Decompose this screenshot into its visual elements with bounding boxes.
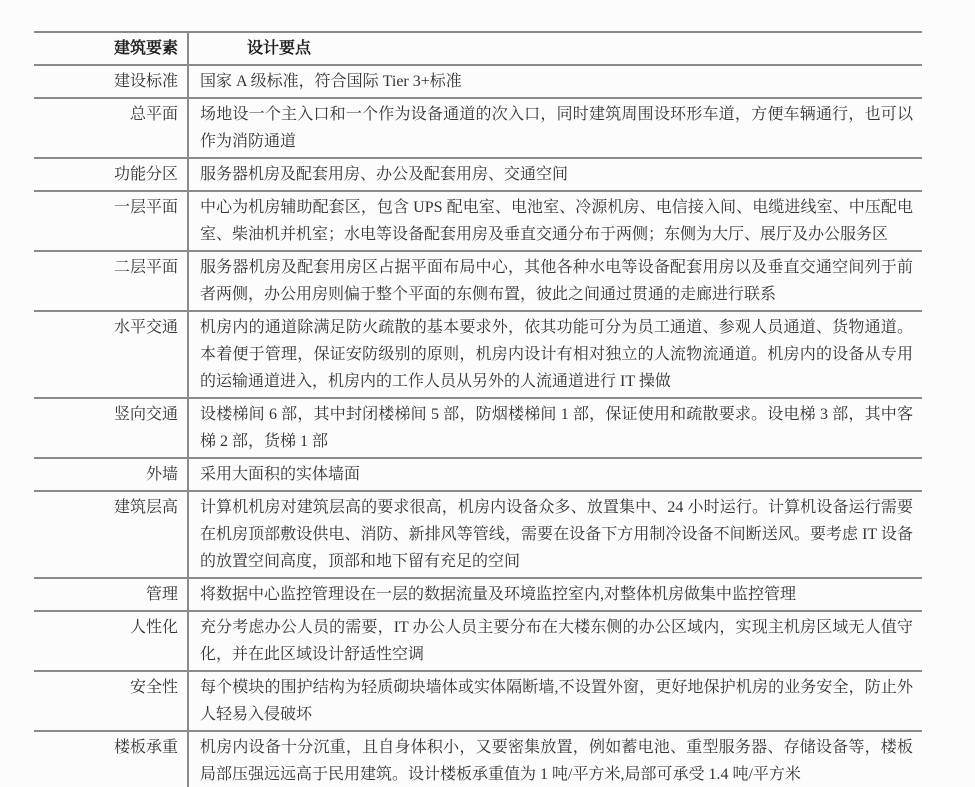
row-label: 一层平面 [34,191,188,251]
table-row-general-plan: 总平面 场地设一个主入口和一个作为设备通道的次入口，同时建筑周围设环形车道，方便… [34,98,922,158]
row-label: 楼板承重 [34,731,188,787]
row-points-text: 将数据中心监控管理设在一层的数据流量及环境监控室内,对整体机房做集中监控管理 [188,578,922,611]
column-header-design-points: 设计要点 [188,32,922,65]
row-label: 竖向交通 [34,398,188,458]
row-label: 管理 [34,578,188,611]
table-row-security: 安全性 每个模块的围护结构为轻质砌块墙体或实体隔断墙,不设置外窗，更好地保护机房… [34,671,922,731]
row-points-text: 服务器机房及配套用房区占据平面布局中心，其他各种水电等设备配套用房以及垂直交通空… [188,251,922,311]
row-points-text: 机房内的通道除满足防火疏散的基本要求外，依其功能可分为员工通道、参观人员通道、货… [188,311,922,398]
row-label: 功能分区 [34,158,188,191]
row-points-text: 服务器机房及配套用房、办公及配套用房、交通空间 [188,158,922,191]
row-points-text: 国家 A 级标准，符合国际 Tier 3+标准 [188,65,922,98]
row-label: 二层平面 [34,251,188,311]
table-row-functional-zoning: 功能分区 服务器机房及配套用房、办公及配套用房、交通空间 [34,158,922,191]
table-row-vertical-circulation: 竖向交通 设楼梯间 6 部，其中封闭楼梯间 5 部，防烟楼梯间 1 部，保证使用… [34,398,922,458]
row-points-text: 采用大面积的实体墙面 [188,458,922,491]
row-label: 水平交通 [34,311,188,398]
table-row-storey-height: 建筑层高 计算机机房对建筑层高的要求很高，机房内设备众多、放置集中、24 小时运… [34,491,922,578]
table-header-row: 建筑要素 设计要点 [34,32,922,65]
row-label: 建筑层高 [34,491,188,578]
row-points-text: 设楼梯间 6 部，其中封闭楼梯间 5 部，防烟楼梯间 1 部，保证使用和疏散要求… [188,398,922,458]
table-row-second-floor-plan: 二层平面 服务器机房及配套用房区占据平面布局中心，其他各种水电等设备配套用房以及… [34,251,922,311]
table-row-human-centered: 人性化 充分考虑办公人员的需要，IT 办公人员主要分布在大楼东侧的办公区域内，实… [34,611,922,671]
table-row-first-floor-plan: 一层平面 中心为机房辅助配套区，包含 UPS 配电室、电池室、冷源机房、电信接入… [34,191,922,251]
row-points-text: 每个模块的围护结构为轻质砌块墙体或实体隔断墙,不设置外窗，更好地保护机房的业务安… [188,671,922,731]
row-points-text: 机房内设备十分沉重，且自身体积小，又要密集放置，例如蓄电池、重型服务器、存储设备… [188,731,922,787]
row-label: 人性化 [34,611,188,671]
row-points-text: 场地设一个主入口和一个作为设备通道的次入口，同时建筑周围设环形车道，方便车辆通行… [188,98,922,158]
table-row-floor-load: 楼板承重 机房内设备十分沉重，且自身体积小，又要密集放置，例如蓄电池、重型服务器… [34,731,922,787]
table-row-exterior-wall: 外墙 采用大面积的实体墙面 [34,458,922,491]
design-points-table: 建筑要素 设计要点 建设标准 国家 A 级标准，符合国际 Tier 3+标准 总… [34,31,922,787]
row-points-text: 充分考虑办公人员的需要，IT 办公人员主要分布在大楼东侧的办公区域内，实现主机房… [188,611,922,671]
row-label: 建设标准 [34,65,188,98]
row-label: 安全性 [34,671,188,731]
row-points-text: 中心为机房辅助配套区，包含 UPS 配电室、电池室、冷源机房、电信接入间、电缆进… [188,191,922,251]
table-row-horizontal-circulation: 水平交通 机房内的通道除满足防火疏散的基本要求外，依其功能可分为员工通道、参观人… [34,311,922,398]
row-label: 外墙 [34,458,188,491]
row-points-text: 计算机机房对建筑层高的要求很高，机房内设备众多、放置集中、24 小时运行。计算机… [188,491,922,578]
scanned-document-page: 建筑要素 设计要点 建设标准 国家 A 级标准，符合国际 Tier 3+标准 总… [0,0,975,787]
row-label: 总平面 [34,98,188,158]
table-row-construction-standard: 建设标准 国家 A 级标准，符合国际 Tier 3+标准 [34,65,922,98]
table-row-management: 管理 将数据中心监控管理设在一层的数据流量及环境监控室内,对整体机房做集中监控管… [34,578,922,611]
column-header-building-element: 建筑要素 [34,32,188,65]
